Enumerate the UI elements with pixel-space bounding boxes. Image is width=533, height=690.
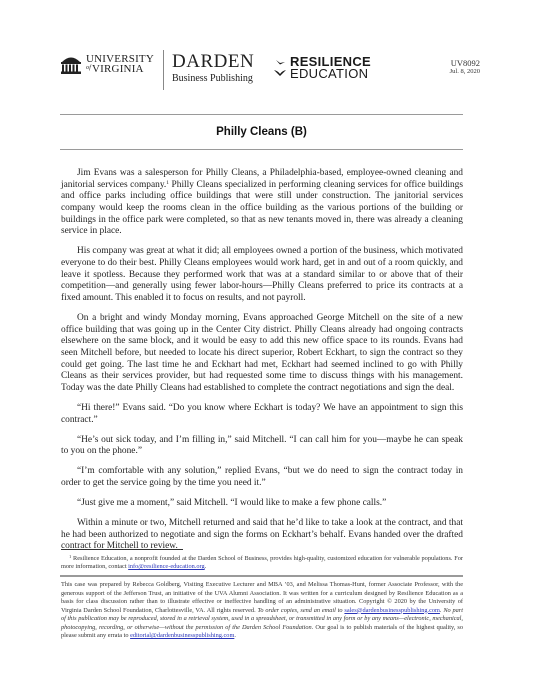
bird-mark-icon	[273, 56, 287, 80]
paragraph-2: His company was great at what it did; al…	[61, 246, 463, 304]
resilience-email-link[interactable]: info@resilience-education.org	[128, 563, 205, 570]
copyright-notice: This case was prepared by Rebecca Goldbe…	[61, 581, 463, 641]
rotunda-icon	[60, 54, 82, 74]
resilience-education-logo: RESILIENCE EDUCATION	[273, 56, 371, 80]
uva-logo: UNIVERSITY ofVIRGINIA	[60, 54, 154, 74]
document-header: UNIVERSITY ofVIRGINIA DARDEN Business Pu…	[60, 50, 480, 90]
footnote: 1 Resilience Education, a nonprofit foun…	[61, 555, 463, 571]
darden-name: DARDEN	[172, 52, 254, 72]
logo-divider	[163, 50, 164, 90]
title-bar: Philly Cleans (B)	[60, 114, 463, 150]
errata-email-link[interactable]: editorial@dardenbusinesspublishing.com	[130, 632, 234, 639]
paragraph-1: Jim Evans was a salesperson for Philly C…	[61, 168, 463, 238]
paragraph-8: Within a minute or two, Mitchell returne…	[61, 518, 463, 553]
paragraph-3: On a bright and windy Monday morning, Ev…	[61, 313, 463, 395]
darden-subtitle: Business Publishing	[172, 73, 254, 84]
case-body: Jim Evans was a salesperson for Philly C…	[61, 168, 463, 562]
sales-email-link[interactable]: sales@dardenbusinesspublishing.com	[344, 607, 440, 614]
paragraph-6: “I’m comfortable with any solution,” rep…	[61, 466, 463, 489]
paragraph-5: “He’s out sick today, and I’m filling in…	[61, 435, 463, 458]
uva-of: of	[86, 63, 91, 73]
paragraph-7: “Just give me a moment,” said Mitchell. …	[61, 498, 463, 510]
case-date: Jul. 8, 2020	[450, 68, 480, 76]
case-number: UV8092	[450, 58, 480, 68]
case-info: UV8092 Jul. 8, 2020	[450, 58, 480, 76]
footnote-rule	[61, 549, 183, 550]
uva-line2: VIRGINIA	[92, 63, 144, 75]
page-title: Philly Cleans (B)	[216, 126, 307, 138]
paragraph-4: “Hi there!” Evans said. “Do you know whe…	[61, 403, 463, 426]
darden-logo: DARDEN Business Publishing	[172, 52, 254, 84]
footer-rule	[60, 575, 463, 577]
resilience-line2: EDUCATION	[290, 68, 371, 80]
